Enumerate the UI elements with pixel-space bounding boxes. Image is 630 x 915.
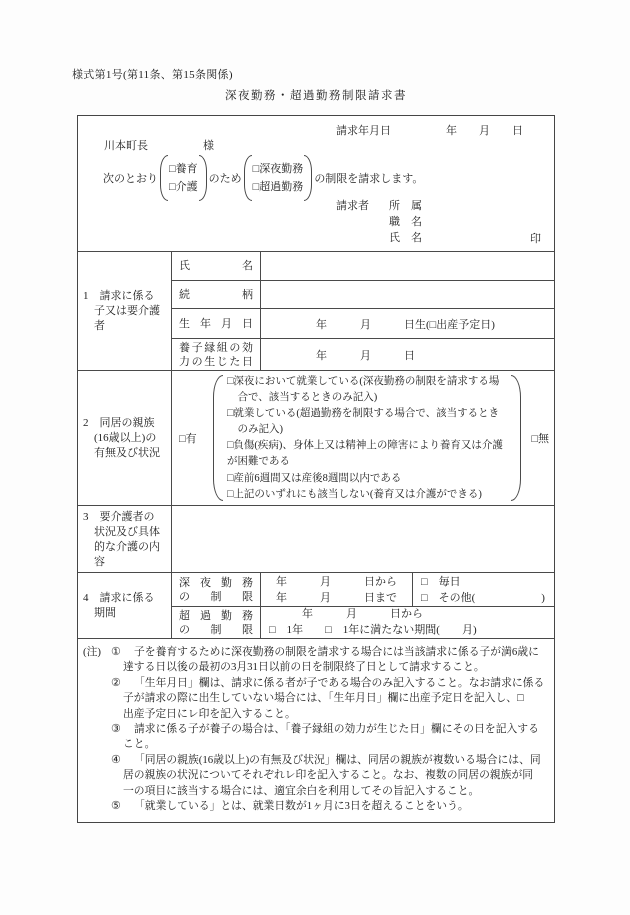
note-number: ⑤ <box>111 799 121 814</box>
birthdate-value[interactable]: 年 月 日生(□出産予定日) <box>261 309 554 338</box>
intro-suffix: の制限を請求します。 <box>314 170 423 186</box>
section3-label: 3 要介護者の 状況及び具体 的な介護の内 容 <box>78 506 172 572</box>
late-night-limit-label: 深夜勤務 の制限 <box>172 573 261 606</box>
work-option-late-night[interactable]: □深夜勤務 <box>253 162 304 176</box>
note-text: 「生年月日」欄は、請求に係る者が子である場合のみ記入すること。なお請求に係る 子… <box>123 676 548 722</box>
cohabiting-conditions-list[interactable]: □深夜において就業している(深夜勤務の制限を請求する場 合で、該当するときのみ記… <box>227 374 503 503</box>
note-text: 子を養育するために深夜勤務の制限を請求する場合には当該請求に係る子が満6歳に 達… <box>123 645 548 676</box>
note-number: ④ <box>111 753 121 768</box>
name-field-value[interactable] <box>261 252 554 280</box>
section1: 1 請求に係る 子又は要介護 者 氏名 続柄 生年月日 年 月 日生(□出産予定… <box>78 251 554 370</box>
paren-open-shape <box>244 155 252 201</box>
birthdate-label: 生年月日 <box>172 309 261 338</box>
paren-close-shape <box>199 155 207 201</box>
note-item: ⑤ 「就業している」とは、就業日数が1ヶ月に3日を超えることをいう。 <box>83 799 548 814</box>
note-item: ③ 請求に係る子が養子の場合は、「養子縁組の効力が生じた日」欄にその日を記入する… <box>83 722 548 753</box>
note-text: 「同居の親族(16歳以上)の有無及び状況」欄は、同居の親族が複数いる場合には、同… <box>123 753 548 799</box>
table-row: 氏名 <box>172 252 554 281</box>
intro-line: 次のとおり □養育 □介護 のため □深夜勤務 □超過勤務 の制限を請求します。 <box>101 155 425 201</box>
relationship-value[interactable] <box>261 281 554 308</box>
addressee-line: 川本町長 様 <box>104 137 214 153</box>
requester-row-affiliation[interactable]: 請求者 所 属 <box>336 199 422 215</box>
purpose-options: □養育 □介護 <box>168 160 199 196</box>
request-date-line[interactable]: 請求年月日 年 月 日 <box>336 122 523 138</box>
form-title: 深夜勤務・超過勤務制限請求書 <box>77 87 555 103</box>
note-text: 請求に係る子が養子の場合は、「養子縁組の効力が生じた日」欄にその日を記入する こ… <box>123 722 548 753</box>
paren-open-shape <box>160 155 168 201</box>
table-row: 続柄 <box>172 281 554 309</box>
note-item: ④ 「同居の親族(16歳以上)の有無及び状況」欄は、同居の親族が複数いる場合には… <box>83 753 548 799</box>
intro-prefix: 次のとおり <box>103 170 158 186</box>
form-table: 請求年月日 年 月 日 川本町長 様 次のとおり □養育 □介護 のため □深夜… <box>77 115 555 823</box>
section4-rows: 深夜勤務 の制限 年 月 日から 年 月 日まで □ 毎日 □ その他( ) 超… <box>172 573 554 638</box>
note-number: ② <box>111 676 121 691</box>
section1-label: 1 請求に係る 子又は要介護 者 <box>78 252 172 370</box>
adoption-date-label: 養子縁組の効 力の生じた日 <box>172 339 261 370</box>
purpose-option-childcare[interactable]: □養育 <box>169 162 198 176</box>
care-details-field[interactable] <box>172 506 554 572</box>
late-night-frequency-options[interactable]: □ 毎日 □ その他( ) <box>413 573 554 606</box>
overtime-period-options[interactable]: 年 月 日から □ 1年 □ 1年に満たない期間( 月) <box>261 607 554 638</box>
note-text: 「就業している」とは、就業日数が1ヶ月に3日を超えることをいう。 <box>123 799 548 814</box>
section4: 4 請求に係る 期間 深夜勤務 の制限 年 月 日から 年 月 日まで □ 毎日… <box>78 572 554 638</box>
work-options: □深夜勤務 □超過勤務 <box>252 160 305 196</box>
note-item: (注) ① 子を養育するために深夜勤務の制限を請求する場合には当該請求に係る子が… <box>83 645 548 676</box>
large-paren-open-shape <box>213 375 223 501</box>
intro-middle: のため <box>209 170 242 186</box>
section1-rows: 氏名 続柄 生年月日 年 月 日生(□出産予定日) 養子縁組の効 力の生じた日 … <box>172 252 554 370</box>
requester-field-affiliation: 所 属 <box>389 199 422 215</box>
form-page: 様式第1号(第11条、第15条関係) 深夜勤務・超過勤務制限請求書 請求年月日 … <box>0 0 630 915</box>
work-option-overtime[interactable]: □超過勤務 <box>253 180 304 194</box>
note-number: ① <box>111 645 121 660</box>
table-row: 生年月日 年 月 日生(□出産予定日) <box>172 309 554 339</box>
requester-block: 請求者 所 属 職 名 氏 名 <box>336 199 422 246</box>
requester-label: 請求者 <box>336 199 389 215</box>
large-paren-close-shape <box>511 375 521 501</box>
section3: 3 要介護者の 状況及び具体 的な介護の内 容 <box>78 505 554 572</box>
cohabiting-no-checkbox[interactable]: □無 <box>531 430 549 446</box>
form-content: 様式第1号(第11条、第15条関係) 深夜勤務・超過勤務制限請求書 請求年月日 … <box>77 66 555 823</box>
name-field-label: 氏名 <box>172 252 261 280</box>
seal-mark: 印 <box>530 230 541 246</box>
adoption-date-value[interactable]: 年 月 日 <box>261 339 554 370</box>
notes-block: (注) ① 子を養育するために深夜勤務の制限を請求する場合には当該請求に係る子が… <box>78 638 554 822</box>
late-night-limit-row: 深夜勤務 の制限 年 月 日から 年 月 日まで □ 毎日 □ その他( ) <box>172 573 554 607</box>
section2-content: □有 □深夜において就業している(深夜勤務の制限を請求する場 合で、該当するとき… <box>172 371 554 505</box>
note-number: ③ <box>111 722 121 737</box>
section2: 2 同居の親族 (16歳以上)の 有無及び状況 □有 □深夜において就業している… <box>78 370 554 505</box>
overtime-limit-label: 超過勤務 の制限 <box>172 607 261 638</box>
relationship-label: 続柄 <box>172 281 261 308</box>
requester-field-position: 職 名 <box>389 215 422 231</box>
table-row: 養子縁組の効 力の生じた日 年 月 日 <box>172 339 554 370</box>
purpose-option-care[interactable]: □介護 <box>169 180 198 194</box>
note-item: ② 「生年月日」欄は、請求に係る者が子である場合のみ記入すること。なお請求に係る… <box>83 676 548 722</box>
form-header-cell: 請求年月日 年 月 日 川本町長 様 次のとおり □養育 □介護 のため □深夜… <box>78 116 554 251</box>
late-night-period-field[interactable]: 年 月 日から 年 月 日まで <box>261 573 413 606</box>
paren-close-shape <box>304 155 312 201</box>
overtime-limit-row: 超過勤務 の制限 年 月 日から □ 1年 □ 1年に満たない期間( 月) <box>172 607 554 638</box>
requester-field-name: 氏 名 <box>389 231 422 247</box>
section2-label: 2 同居の親族 (16歳以上)の 有無及び状況 <box>78 371 172 505</box>
form-number: 様式第1号(第11条、第15条関係) <box>72 66 555 82</box>
section4-label: 4 請求に係る 期間 <box>78 573 172 638</box>
note-prefix: (注) <box>83 645 101 660</box>
requester-row-position[interactable]: 職 名 <box>336 215 422 231</box>
cohabiting-yes-checkbox[interactable]: □有 <box>179 430 197 446</box>
requester-row-name[interactable]: 氏 名 <box>336 231 422 247</box>
